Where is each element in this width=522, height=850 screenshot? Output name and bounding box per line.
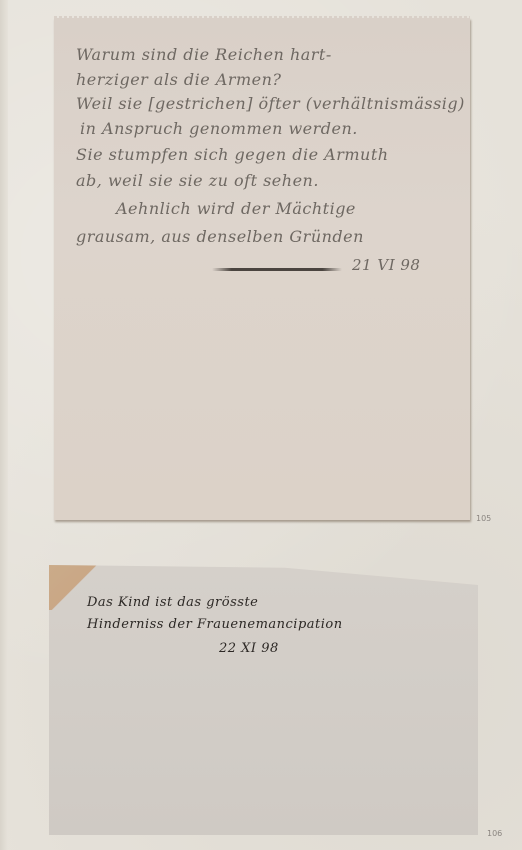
- handwritten-line-1: Warum sind die Reichen hart-: [76, 44, 332, 66]
- handwritten-line-4: in Anspruch genommen werden.: [80, 118, 358, 140]
- handwritten-line-7: Aehnlich wird der Mächtige: [116, 198, 356, 220]
- page-number-106: 106: [487, 829, 502, 838]
- manuscript-sheet-top: Warum sind die Reichen hart- herziger al…: [54, 18, 470, 520]
- handwritten-line-2: Hinderniss der Frauenemancipation: [87, 615, 343, 635]
- page-number-105: 105: [476, 514, 491, 523]
- handwritten-line-2: herziger als die Armen?: [76, 69, 282, 91]
- handwritten-date: 22 XI 98: [219, 639, 279, 659]
- handwritten-line-5: Sie stumpfen sich gegen die Armuth: [76, 144, 389, 166]
- handwritten-date: 21 VI 98: [352, 254, 420, 276]
- mount-edge: [0, 0, 8, 850]
- handwritten-line-1: Das Kind ist das grösste: [87, 593, 258, 613]
- pen-flourish-stroke: [212, 268, 342, 271]
- handwritten-line-6: ab, weil sie sie zu oft sehen.: [76, 170, 319, 192]
- handwritten-line-3: Weil sie [gestrichen] öfter (verhältnism…: [76, 93, 465, 115]
- manuscript-card-bottom: Das Kind ist das grösste Hinderniss der …: [49, 565, 478, 835]
- handwritten-line-8: grausam, aus denselben Gründen: [76, 226, 364, 248]
